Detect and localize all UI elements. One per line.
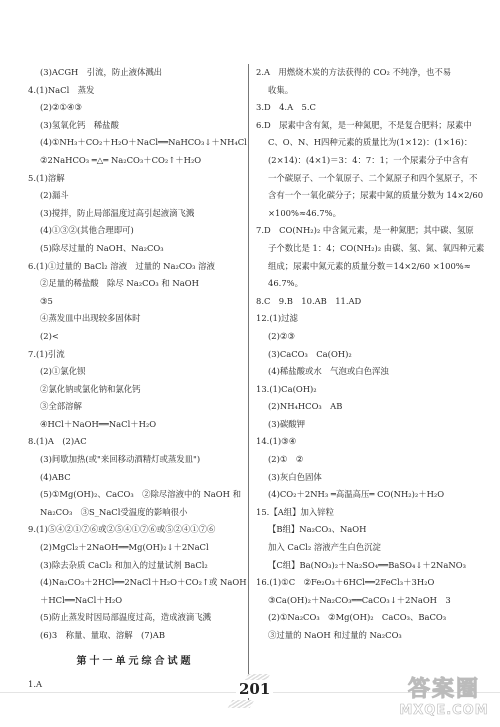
answer-line: (2)漏斗 — [28, 187, 242, 205]
answer-line: (2)①氯化钡 — [28, 363, 242, 381]
answer-line: 子个数比是 1：4；CO(NH₂)₂ 由碳、氢、氮、氧四种元素 — [256, 240, 478, 258]
answer-line: 16.(1)①C ②Fe₂O₃＋6HCl══2FeCl₃＋3H₂O — [256, 574, 478, 592]
answer-line: (3)灰白色固体 — [256, 469, 478, 487]
answer-line: 13.(1)Ca(OH)₂ — [256, 381, 478, 399]
answer-line: ×100%≈46.7%。 — [256, 205, 478, 223]
answer-line: 一个碳原子、一个氧原子、二个氮原子和四个氢原子，不 — [256, 170, 478, 188]
watermark-text-bottom: MXQE.COM — [394, 703, 494, 718]
answer-line: ③全部溶解 — [28, 398, 242, 416]
answer-line: ③Ca(OH)₂＋Na₂CO₃══CaCO₃↓＋2NaOH 3 — [256, 592, 478, 610]
answer-page: (3)ACGH 引流，防止液体溅出4.(1)NaCl 蒸发(2)②①④③(3)氢… — [0, 0, 500, 727]
answer-line: ②足量的稀盐酸 除尽 Na₂CO₃ 和 NaOH — [28, 275, 242, 293]
answer-line: (4)①NH₃＋CO₂＋H₂O＋NaCl══NaHCO₃↓＋NH₄Cl — [28, 134, 242, 152]
answer-line: (2)②①④③ — [28, 99, 242, 117]
answer-line: 46.7%。 — [256, 275, 478, 293]
answer-line: (3)间歇加热(或"来回移动酒精灯或蒸发皿") — [28, 451, 242, 469]
answer-line: 加入 CaCl₂ 溶液产生白色沉淀 — [256, 539, 478, 557]
answer-line: ③5 — [28, 293, 242, 311]
answer-line: ④HCl＋NaOH══NaCl＋H₂O — [28, 416, 242, 434]
answer-line: 2.A 用燃烧木炭的方法获得的 CO₂ 不纯净，也不易 — [256, 64, 478, 82]
answer-line: 7.D CO(NH₂)₂ 中含氮元素，是一种氮肥；其中碳、氢原 — [256, 222, 478, 240]
answer-line: (3)碳酸钾 — [256, 416, 478, 434]
answer-line: ②氯化钠或氯化钠和氯化钙 — [28, 381, 242, 399]
answer-line: (2)< — [28, 328, 242, 346]
answer-line: (2)MgCl₂＋2NaOH══Mg(OH)₂↓＋2NaCl — [28, 539, 242, 557]
answer-line: (2)NH₄HCO₃ AB — [256, 398, 478, 416]
section-title: 第十一单元综合试题 — [28, 653, 242, 671]
answer-line: 12.(1)过滤 — [256, 310, 478, 328]
answer-line: (3)ACGH 引流，防止液体溅出 — [28, 64, 242, 82]
answer-line: Na₂CO₃ ③S_NaCl受温度的影响很小 — [28, 504, 242, 522]
page-number: 201 — [236, 680, 273, 698]
answer-line: ③过量的 NaOH 和过量的 Na₂CO₃ — [256, 627, 478, 645]
answer-line: (2)① ② — [256, 451, 478, 469]
answer-line: ②2NaHCO₃ ═△═ Na₂CO₃＋CO₂↑＋H₂O — [28, 152, 242, 170]
answer-line: C、O、N、H四种元素的质量比为(1×12)：(1×16)： — [256, 134, 478, 152]
answer-line: 4.(1)NaCl 蒸发 — [28, 82, 242, 100]
answer-line: (3)氢氧化钙 稀盐酸 — [28, 117, 242, 135]
watermark-logo: 答案圈 MXQE.COM — [394, 672, 494, 724]
answer-line: 8.(1)A (2)AC — [28, 433, 242, 451]
page-number-decoration-icon — [228, 700, 255, 708]
answer-line: ④蒸发皿中出现较多固体时 — [28, 310, 242, 328]
answer-line: (3)除去杂质 CaCl₂ 和加入的过量试剂 BaCl₂ — [28, 557, 242, 575]
answer-line: (5)①Mg(OH)₂、CaCO₃ ②除尽溶液中的 NaOH 和 — [28, 486, 242, 504]
answer-line: (2)①Na₂CO₃ ②Mg(OH)₂ CaCO₃、BaCO₃ — [256, 609, 478, 627]
right-column: 2.A 用燃烧木炭的方法获得的 CO₂ 不纯净，也不易收集。3.D 4.A 5.… — [256, 64, 478, 645]
answer-line: (6)3 称量、量取、溶解 (7)AB — [28, 627, 242, 645]
answer-line: (2×14)：(4×1)＝3：4：7：1；一个尿素分子中含有 — [256, 152, 478, 170]
answer-line: 15.【A组】加入锌粒 — [256, 504, 478, 522]
answer-line: (4)①③②(其他合理即可) — [28, 222, 242, 240]
watermark-text-top: 答案圈 — [394, 672, 494, 703]
answer-line: (5)防止蒸发时因局部温度过高，造成液滴飞溅 — [28, 609, 242, 627]
answer-line: 6.D 尿素中含有氮，是一种氮肥，不是复合肥料；尿素中 — [256, 117, 478, 135]
answer-line: (4)CO₂＋2NH₃ ═高温高压═ CO(NH₂)₂＋H₂O — [256, 486, 478, 504]
answer-line: 6.(1)①过量的 BaCl₂ 溶液 过量的 Na₂CO₃ 溶液 — [28, 258, 242, 276]
answer-line: 7.(1)引流 — [28, 346, 242, 364]
column-divider — [248, 64, 249, 700]
answer-line: 9.(1)⑤④②①⑦⑥或②⑤④①⑦⑥或⑤②④①⑦⑥ — [28, 521, 242, 539]
answer-line: 【B组】Na₂CO₃、NaOH — [256, 521, 478, 539]
answer-line: (2)②③ — [256, 328, 478, 346]
answer-line: (3)CaCO₃ Ca(OH)₂ — [256, 346, 478, 364]
answer-line: (4)Na₂CO₃＋2HCl══2NaCl＋H₂O＋CO₂↑或 NaOH — [28, 574, 242, 592]
answer-line: 【C组】Ba(NO₃)₂＋Na₂SO₄══BaSO₄↓＋2NaNO₃ — [256, 557, 478, 575]
answer-line: 3.D 4.A 5.C — [256, 99, 478, 117]
answer-line: 含有一个一氧化碳分子；尿素中氮的质量分数为 14×2/60 — [256, 187, 478, 205]
answer-line: 14.(1)③④ — [256, 433, 478, 451]
answer-line: (4)ABC — [28, 469, 242, 487]
answer-line: 8.C 9.B 10.AB 11.AD — [256, 293, 478, 311]
answer-line: (4)稀盐酸或水 气泡或白色浑浊 — [256, 363, 478, 381]
answer-line: (5)除尽过量的 NaOH、Na₂CO₃ — [28, 240, 242, 258]
left-column: (3)ACGH 引流，防止液体溅出4.(1)NaCl 蒸发(2)②①④③(3)氢… — [28, 64, 242, 694]
answer-line: 5.(1)溶解 — [28, 170, 242, 188]
answer-line: 组成；尿素中氮元素的质量分数＝14×2/60 ×100%≈ — [256, 258, 478, 276]
answer-line: 收集。 — [256, 82, 478, 100]
answer-line: (3)搅拌，防止局部温度过高引起液滴飞溅 — [28, 205, 242, 223]
answer-line: ＋HCl══NaCl＋H₂O — [28, 592, 242, 610]
